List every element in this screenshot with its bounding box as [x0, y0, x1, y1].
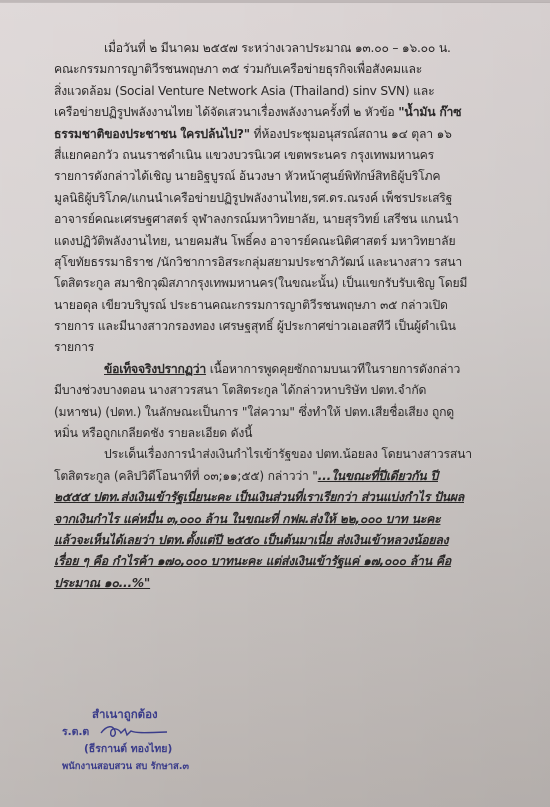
signature-row: ร.ต.ต: [62, 723, 262, 741]
document-body: เมื่อวันที่ ๒ มีนาคม ๒๕๕๗ ระหว่างเวลาประ…: [54, 38, 494, 594]
p2-line-3: (มหาชน) (ปตท.) ในลักษณะเป็นการ "ใส่ความ"…: [54, 402, 494, 423]
p1-line-6: สี่แยกคอกวัว ถนนราชดำเนิน แขวงบวรนิเวศ เ…: [54, 145, 494, 166]
p1-line-3: สิ่งแวดล้อม (Social Venture Network Asia…: [54, 81, 494, 102]
p1-line-10: แดงปฏิวัติพลังงานไทย, นายคมสัน โพธิ์คง อ…: [54, 231, 494, 252]
p1-line-11: สุโขทัยธรรมาธิราช /นักวิชาการอิสระกลุ่มส…: [54, 252, 494, 273]
certified-copy-title: สำเนาถูกต้อง: [62, 706, 262, 723]
quote-line-4: แล้วจะเห็นได้เลยว่า ปตท.ตั้งแต่ปี ๒๕๕๐ เ…: [54, 530, 494, 551]
p1-line-7: รายการดังกล่าวได้เชิญ นายอิฐบูรณ์ อ้นวงษ…: [54, 166, 494, 187]
p3-line-1: ประเด็นเรื่องการนำส่งเงินกำไรเข้ารัฐของ …: [54, 444, 494, 465]
p1-line-15: รายการ: [54, 337, 494, 358]
p2-line-1: ข้อเท็จจริงปรากฏว่า เนื้อหาการพูดคุยซักถ…: [54, 359, 494, 380]
quote-line-1: ...ในขณะที่ปีเดียวกัน ปี: [318, 469, 438, 483]
facts-heading: ข้อเท็จจริงปรากฏว่า: [104, 362, 206, 376]
p1-line-1: เมื่อวันที่ ๒ มีนาคม ๒๕๕๗ ระหว่างเวลาประ…: [54, 38, 494, 59]
topic-title-part-1: "น้ำมัน ก๊าซ: [398, 105, 461, 119]
quote-line-3: จากเงินกำไร แค่หมื่น ๓,๐๐๐ ล้าน ในขณะที่…: [54, 509, 494, 530]
quote-line-6: ประมาณ ๑๐...%": [54, 573, 494, 594]
p1-line-9: อาจารย์คณะเศรษฐศาสตร์ จุฬาลงกรณ์มหาวิทยา…: [54, 209, 494, 230]
quote-line-5: เรื่อย ๆ คือ กำไรค้า ๑๗๐,๐๐๐ บาทนะคะ แต่…: [54, 551, 494, 572]
topic-title-part-2: ธรรมชาติของประชาชน ใครปล้นไป?": [54, 127, 250, 141]
officer-position: พนักงานสอบสวน สบ รักษาส.๓: [62, 758, 262, 775]
p1-line-12: โตสิตระกูล สมาชิกวุฒิสภากรุงเทพมหานคร(ใน…: [54, 273, 494, 294]
p2-line-4: หมิ่น หรือถูกเกลียดชัง รายละเอียด ดังนี้: [54, 423, 494, 444]
signature-scribble-icon: [99, 723, 169, 741]
document-paper: เมื่อวันที่ ๒ มีนาคม ๒๕๕๗ ระหว่างเวลาประ…: [0, 2, 550, 807]
p3-line-2: โตสิตระกูล (คลิปวิดีโอนาทีที่ ๐๓;๑๑;๕๕) …: [54, 466, 494, 487]
officer-name: (ธีรกานต์ ทองไทย): [62, 741, 262, 758]
p1-line-14: รายการ และมีนางสาวกรองทอง เศรษฐสุทธิ์ ผู…: [54, 316, 494, 337]
officer-rank: ร.ต.ต: [62, 726, 89, 738]
p1-line-4: เครือข่ายปฏิรูปพลังงานไทย ได้จัดเสวนาเรื…: [54, 102, 494, 123]
p1-line-13: นายอดุล เขียวบริบูรณ์ ประธานคณะกรรมการญา…: [54, 295, 494, 316]
p1-line-4-text: เครือข่ายปฏิรูปพลังงานไทย ได้จัดเสวนาเรื…: [54, 105, 395, 119]
p1-line-2: คณะกรรมการญาติวีรชนพฤษภา ๓๕ ร่วมกับเครือ…: [54, 59, 494, 80]
p2-line-2: มีบางช่วงบางตอน นางสาวรสนา โตสิตระกูล ได…: [54, 380, 494, 401]
p1-line-5-text: ที่ห้องประชุมอนุสรณ์สถาน ๑๔ ตุลา ๑๖: [254, 127, 452, 141]
certification-stamp: สำเนาถูกต้อง ร.ต.ต (ธีรกานต์ ทองไทย) พนั…: [62, 706, 262, 775]
p1-line-5: ธรรมชาติของประชาชน ใครปล้นไป?" ที่ห้องปร…: [54, 124, 494, 145]
quote-line-2: ๒๕๕๕ ปตท.ส่งเงินเข้ารัฐเนี่ยนะคะ เป็นเงิ…: [54, 487, 494, 508]
p1-line-8: มูลนิธิผู้บริโภค/แกนนำเครือข่ายปฏิรูปพลั…: [54, 188, 494, 209]
p3-line-2-text: โตสิตระกูล (คลิปวิดีโอนาทีที่ ๐๓;๑๑;๕๕) …: [54, 469, 318, 483]
p2-line-1-text: เนื้อหาการพูดคุยซักถามบนเวทีในรายการดังก…: [206, 362, 460, 376]
